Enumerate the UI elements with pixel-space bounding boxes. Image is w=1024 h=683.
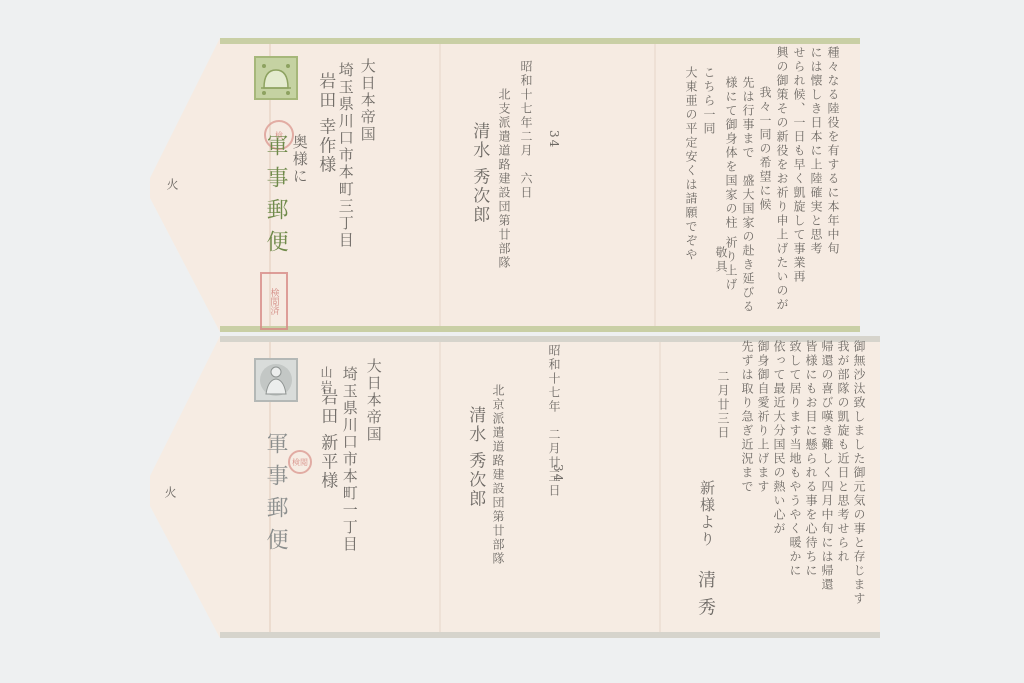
message-date: 二月廿三日 xyxy=(715,370,730,440)
flap-mark: 火 xyxy=(164,178,179,192)
soldier-stamp-icon xyxy=(254,358,298,402)
message-line: こちら一同 xyxy=(701,66,716,136)
sender-name: 清水 秀次郎 xyxy=(464,406,485,508)
address-line4: 奥様に xyxy=(290,134,309,185)
address-line4: 山岩 xyxy=(318,366,333,394)
message-line: せられ候、一日も早く凱旋して事業再 xyxy=(791,46,806,284)
military-mail-label: 軍事郵便 xyxy=(260,134,291,262)
message-line: 先は行事まで 盛大国家の赴き延びる xyxy=(740,76,755,314)
sender-unit: 北京派遣道路建設団第廿部隊 xyxy=(490,384,505,566)
round-seal: 検閲 xyxy=(288,450,312,474)
message-line: 我が部隊の凱旋も近日と思考せられ xyxy=(835,340,850,564)
address-line3: 岩田 幸作様 xyxy=(314,72,335,174)
address-line2: 埼玉県川口市本町一丁目 xyxy=(340,366,359,553)
military-mail-label: 軍事郵便 xyxy=(260,432,291,560)
message-closing: 敬具 xyxy=(713,246,728,274)
message-line: 帰還の喜び嘆き難しく四月中旬には帰還 xyxy=(819,340,834,592)
message-line: 大東亜の平定安くは請願でぞや xyxy=(683,66,698,262)
address-line2: 埼玉県川口市本町三丁目 xyxy=(336,62,355,249)
address-line1: 大日本帝国 xyxy=(358,58,377,143)
sender-name: 清水 秀次郎 xyxy=(468,122,489,224)
helmet-stamp-icon xyxy=(254,56,298,100)
message-line: 御無沙汰致しました御元気の事と存じます xyxy=(851,340,866,606)
message-line: 皆様にもお目に懸られる事を心待ちに xyxy=(803,340,818,578)
message-line: 興の御策その新役をお祈り申上げたいのが xyxy=(774,46,789,312)
flap-mark: 火 xyxy=(162,486,177,500)
address-line1: 大日本帝国 xyxy=(364,358,383,443)
postcard-top: 火 検 軍事郵便 検閲済 大日本帝国 埼玉県川口市本町三丁目 岩田 幸作様 奥様… xyxy=(150,38,860,332)
postcard-bottom: 火 軍事郵便 検閲 大日本帝国 埼玉県川口市本町一丁目 岩田 新平様 山岩 昭和… xyxy=(150,336,880,638)
message-line: には懐しき日本に上陸確実と思考 xyxy=(808,46,823,256)
censor-seal: 検閲済 xyxy=(260,272,288,330)
sender-number: 34 xyxy=(546,130,561,149)
sender-unit: 北支派遣道路建設団第廿部隊 xyxy=(496,88,511,270)
sender-date: 昭和十七年二月 六日 xyxy=(518,60,533,200)
message-line: 先ずは取り急ぎ近況まで xyxy=(739,340,754,494)
message-signoff: 新様より xyxy=(697,480,716,548)
message-line: 御身御自愛祈り上げます xyxy=(755,340,770,494)
message-body: 御無沙汰致しました御元気の事と存じます 我が部隊の凱旋も近日と思考せられ 帰還の… xyxy=(690,340,866,630)
message-signature: 清 秀 xyxy=(694,570,717,618)
address-line3: 岩田 新平様 xyxy=(316,388,337,490)
message-line: 種々なる陸役を有するに本年中旬 xyxy=(825,46,840,256)
message-body: 種々なる陸役を有するに本年中旬 には懐しき日本に上陸確実と思考 せられ候、一日も… xyxy=(670,46,840,326)
message-line: 我々一同の希望に候 xyxy=(757,86,772,212)
message-line: 依って最近大分国民の熱い心が xyxy=(771,340,786,536)
message-line: 致して居ります当地もやうやく暖かに xyxy=(787,340,802,578)
sender-number: 34 xyxy=(550,464,565,483)
